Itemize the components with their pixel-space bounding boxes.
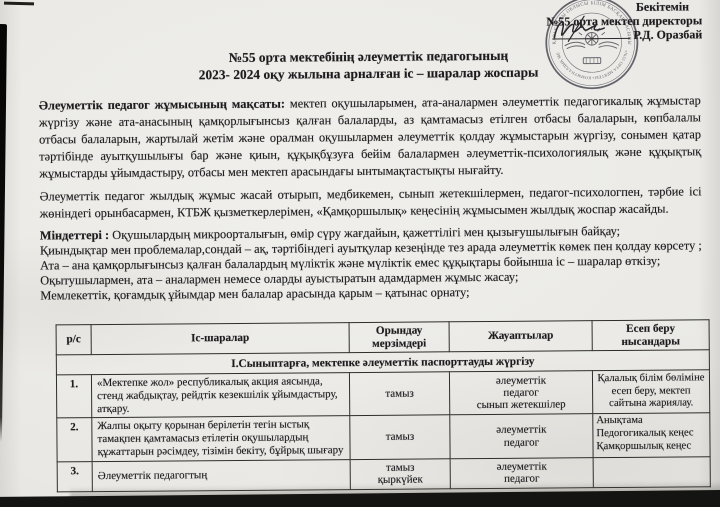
director-name: Р.Д. Оразбай	[633, 27, 702, 42]
header-deadline: Орындау мерзімдері	[349, 322, 449, 353]
row-responsible: әлеуметтік педагог сынып жетекшілер	[449, 371, 592, 416]
table-row: 2. Жалпы оқыту қорынан берілетін тегін ы…	[57, 413, 710, 462]
row-report: Қалалық білім бөліміне есеп беру, мектеп…	[592, 370, 709, 414]
row-deadline: тамыз	[350, 415, 450, 459]
table-row: 1. «Мектепке жол» республикалық акция ая…	[56, 370, 709, 419]
row-report: Анықтама Педогогикалық кеңес Қамқоршылық…	[593, 413, 710, 457]
document-sheet: ҚАРАҒАНДЫ ОБЛЫСЫ БІЛІМ БАСҚАРМАСЫНЫҢ «№5…	[0, 0, 720, 507]
row-responsible: әлеуметтік педагог	[450, 414, 593, 459]
row-number: 1.	[56, 375, 91, 419]
tasks-block: Міндеттері : Оқушылардың микроорталығын,…	[40, 223, 705, 303]
tasks-label: Міндеттері :	[40, 228, 109, 243]
goal-label: Әлеуметтік педагог жұмысының мақсаты:	[39, 97, 285, 113]
header-responsible: Жауаптылар	[449, 321, 592, 352]
header-number: р/с	[56, 325, 91, 355]
director-signature-icon	[544, 13, 618, 44]
header-activities: Іс-шаралар	[91, 323, 349, 355]
row-activity: Жалпы оқыту қорынан берілетін тегін ысты…	[92, 416, 350, 461]
approval-signature-line: Р.Д. Оразбай	[502, 28, 702, 43]
scanned-document-page: ҚАРАҒАНДЫ ОБЛЫСЫ БІЛІМ БАСҚАРМАСЫНЫҢ «№5…	[0, 0, 720, 507]
activities-plan-table: р/с Іс-шаралар Орындау мерзімдері Жауапт…	[56, 319, 711, 492]
header-report-forms: Есеп беру нысандары	[592, 320, 709, 351]
goal-paragraph: Әлеуметтік педагог жұмысының мақсаты: ме…	[39, 92, 702, 182]
approval-block: Бекітемін №55 орта мектеп директоры Р.Д.…	[502, 0, 702, 43]
plan-paragraph: Әлеуметтік педагог жылдық жұмыс жасай от…	[39, 183, 701, 222]
row-number: 2.	[57, 418, 92, 462]
signature-area	[552, 28, 630, 42]
row-activity: «Мектепке жол» республикалық акция аясын…	[91, 373, 349, 418]
row-deadline: тамыз	[349, 372, 449, 416]
